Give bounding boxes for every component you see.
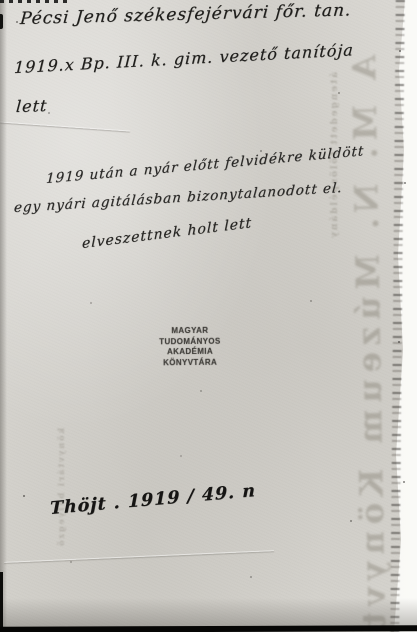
handwritten-line-lett: lett	[15, 96, 48, 116]
scanned-document-page: A M. N. Múzeum Könyvtárából átengedett f…	[0, 0, 417, 632]
bottom-edge-shadow	[0, 598, 417, 627]
left-edge-shadow	[0, 0, 7, 632]
stamp-line-konyvtara: KÖNYVTÁRA	[143, 356, 237, 367]
scan-artifact-bottom-bar	[0, 625, 417, 632]
scan-artifact-top-edge	[0, 0, 70, 3]
stamp-line-akademia: TUDOMÁNYOS AKADÉMIA	[143, 335, 237, 357]
library-stamp: MAGYAR TUDOMÁNYOS AKADÉMIA KÖNYVTÁRA	[143, 325, 237, 368]
scan-artifact-top-left	[0, 14, 3, 29]
scan-artifact-bottom-left	[0, 572, 3, 628]
paper-background	[0, 0, 417, 632]
